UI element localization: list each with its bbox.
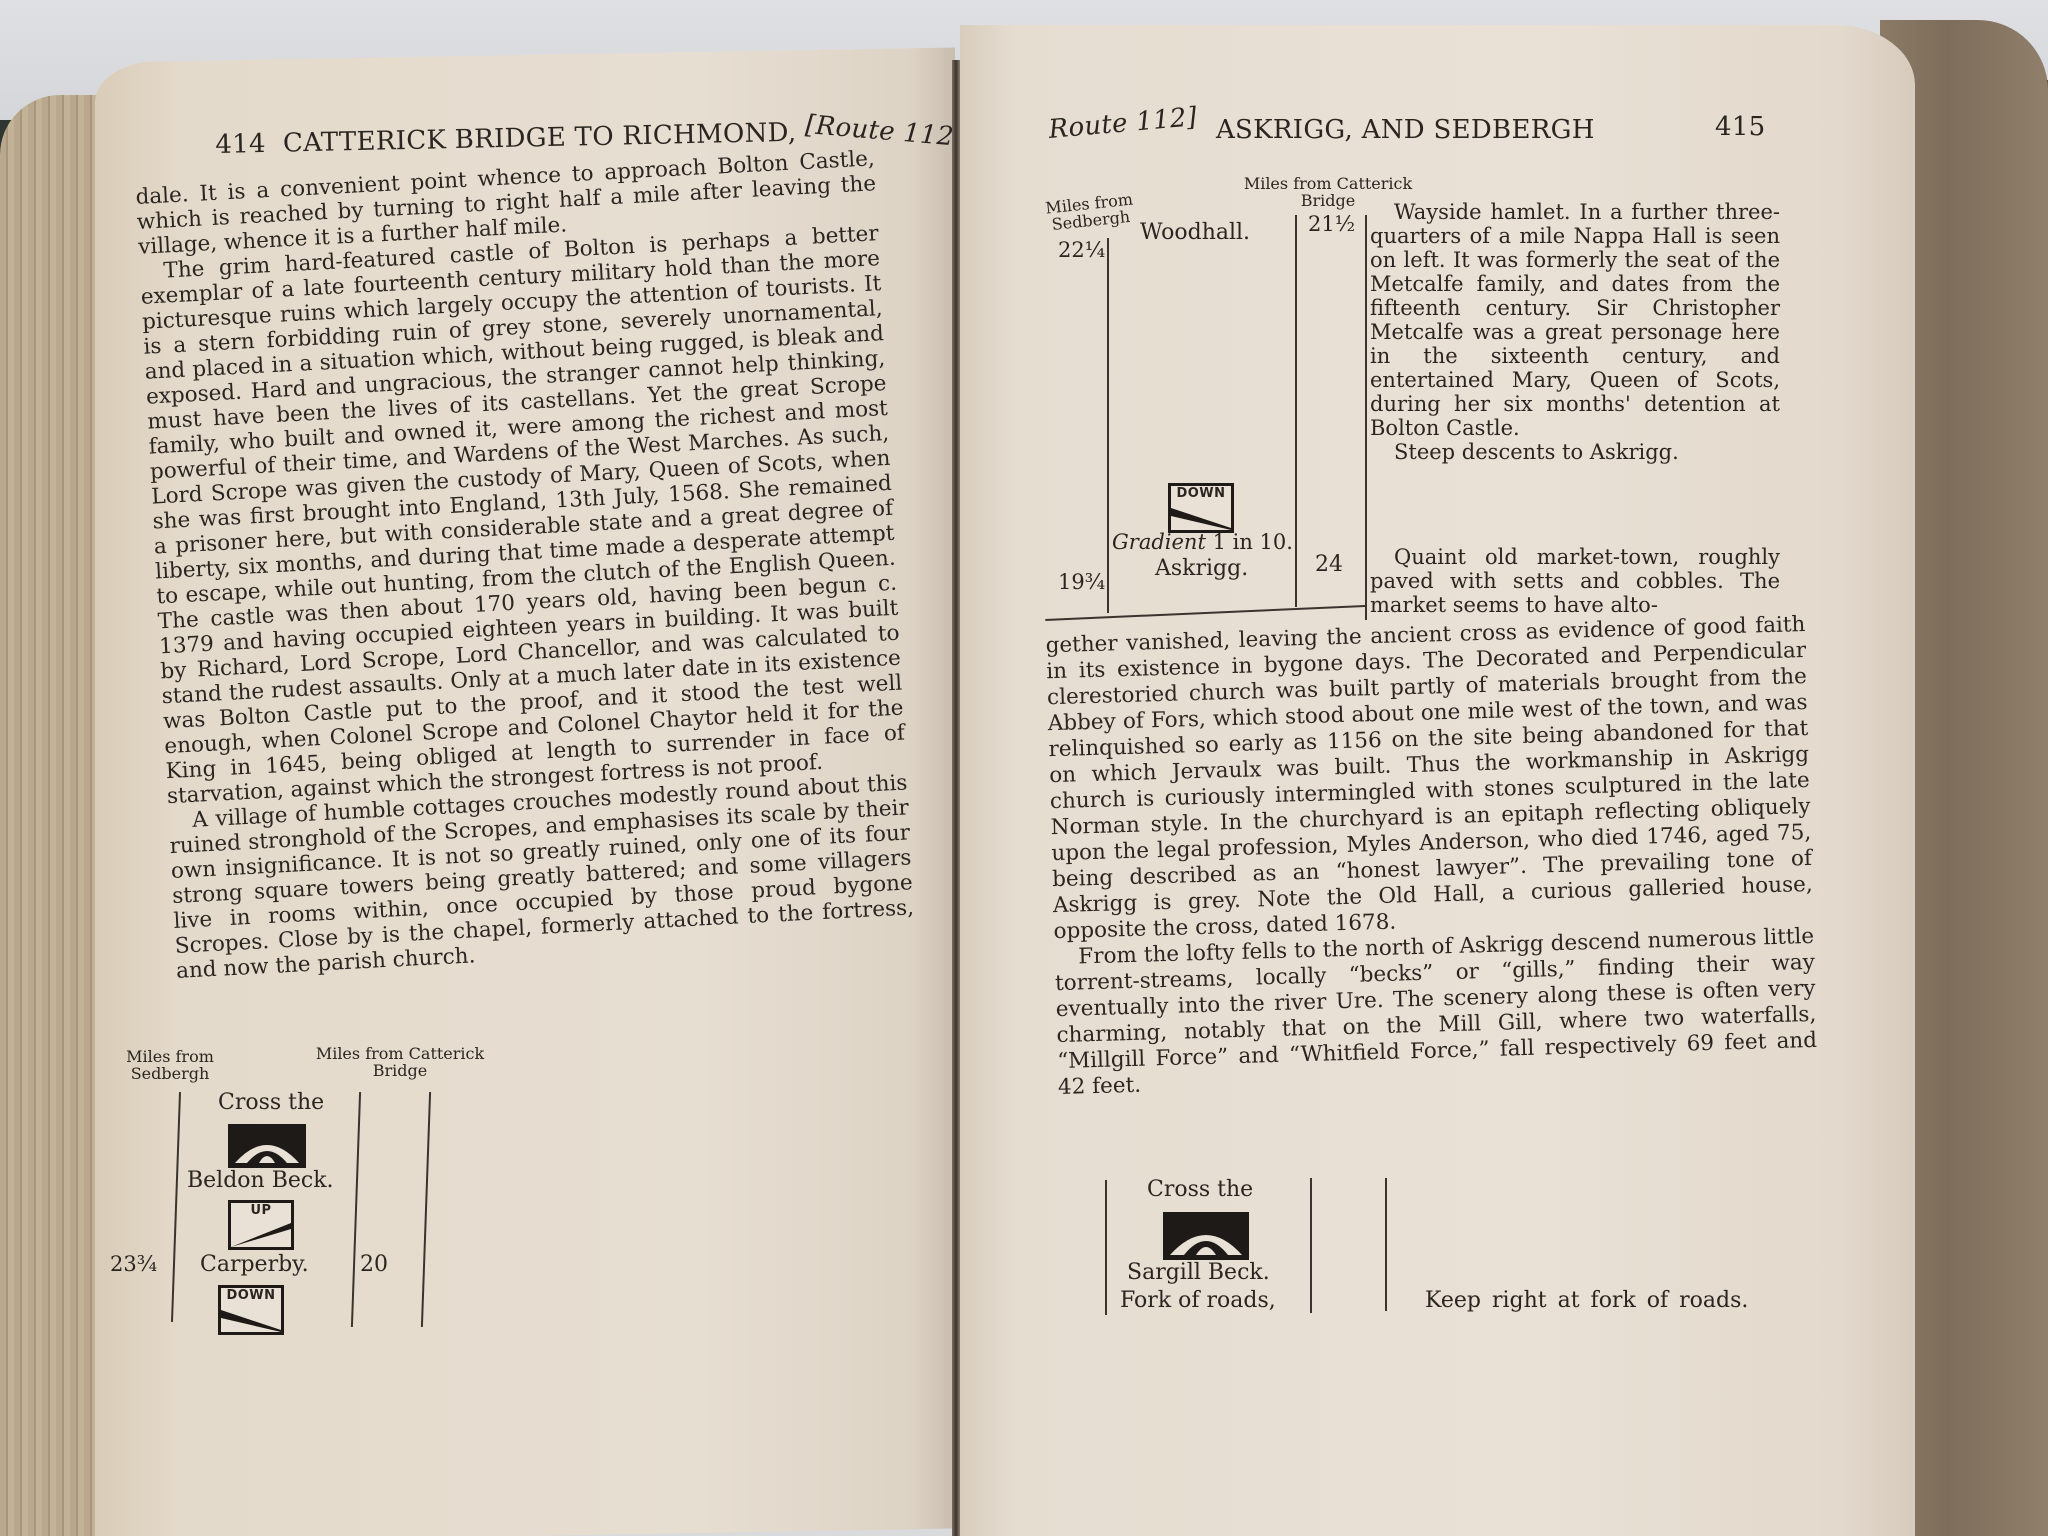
bridge-icon	[1163, 1212, 1249, 1260]
route-place: Beldon Beck.	[187, 1168, 334, 1193]
route-note: Keep right at fork of roads.	[1425, 1288, 1748, 1313]
route-text: Cross the	[218, 1090, 324, 1115]
paragraph: Steep descents to Askrigg.	[1370, 440, 1780, 464]
table-rule	[1105, 1180, 1107, 1315]
woodhall-note: Wayside hamlet. In a further three-quart…	[1370, 200, 1780, 464]
col-header-sedbergh: Miles from Sedbergh	[115, 1048, 225, 1082]
table-rule	[1385, 1178, 1387, 1311]
gradient-down-icon: DOWN	[1168, 483, 1234, 533]
paragraph: Wayside hamlet. In a further three-quart…	[1370, 200, 1780, 440]
askrigg-note: Quaint old market-town, roughly paved wi…	[1370, 545, 1780, 617]
route-place: Fork of roads,	[1120, 1288, 1276, 1313]
sedbergh-miles: 22¼	[1058, 238, 1105, 262]
route-place: Sargill Beck.	[1127, 1260, 1270, 1285]
sign-label: DOWN	[1171, 486, 1231, 502]
paragraph: Quaint old market-town, roughly paved wi…	[1370, 545, 1780, 617]
left-route-label: [Route 112	[804, 110, 955, 152]
sedbergh-miles: 19¾	[1058, 570, 1105, 594]
book-gutter	[952, 60, 960, 1536]
gradient-value: 1 in 10.	[1213, 530, 1293, 554]
route-place: Carperby.	[200, 1252, 309, 1277]
paragraph: gether vanished, leaving the ancient cro…	[1045, 612, 1813, 945]
right-running-title: ASKRIGG, AND SEDBERGH	[1216, 115, 1595, 145]
table-rule	[1107, 238, 1109, 613]
left-body-text: dale. It is a convenient point whence to…	[135, 146, 916, 984]
table-rule	[1365, 215, 1367, 620]
gradient-up-icon: UP	[228, 1200, 294, 1250]
right-running-header: Route 112] ASKRIGG, AND SEDBERGH	[1050, 115, 1595, 145]
sedbergh-miles: 23¾	[110, 1252, 157, 1276]
paragraph: The grim hard-featured castle of Bolton …	[139, 221, 907, 809]
right-body-text: gether vanished, leaving the ancient cro…	[1045, 612, 1818, 1101]
col-header-catterick: Miles from Catterick Bridge	[315, 1045, 485, 1079]
catterick-miles: 20	[360, 1252, 388, 1277]
gradient-text: Gradient 1 in 10.	[1112, 530, 1293, 554]
sign-label: UP	[231, 1203, 291, 1219]
table-rule	[1295, 215, 1297, 607]
right-page-number: 415	[1715, 112, 1766, 142]
gradient-label: Gradient	[1112, 530, 1206, 554]
table-rule	[1310, 1178, 1312, 1313]
route-place: Woodhall.	[1140, 220, 1250, 245]
gradient-down-icon: DOWN	[218, 1285, 284, 1335]
paragraph: From the lofty fells to the north of Ask…	[1054, 924, 1818, 1101]
bridge-icon	[228, 1124, 306, 1168]
catterick-miles: 24	[1315, 552, 1343, 577]
sign-label: DOWN	[221, 1288, 281, 1304]
left-page-number: 414	[215, 129, 266, 160]
catterick-miles: 21½	[1308, 212, 1355, 236]
route-text: Cross the	[1147, 1177, 1253, 1202]
route-place: Askrigg.	[1155, 556, 1248, 581]
